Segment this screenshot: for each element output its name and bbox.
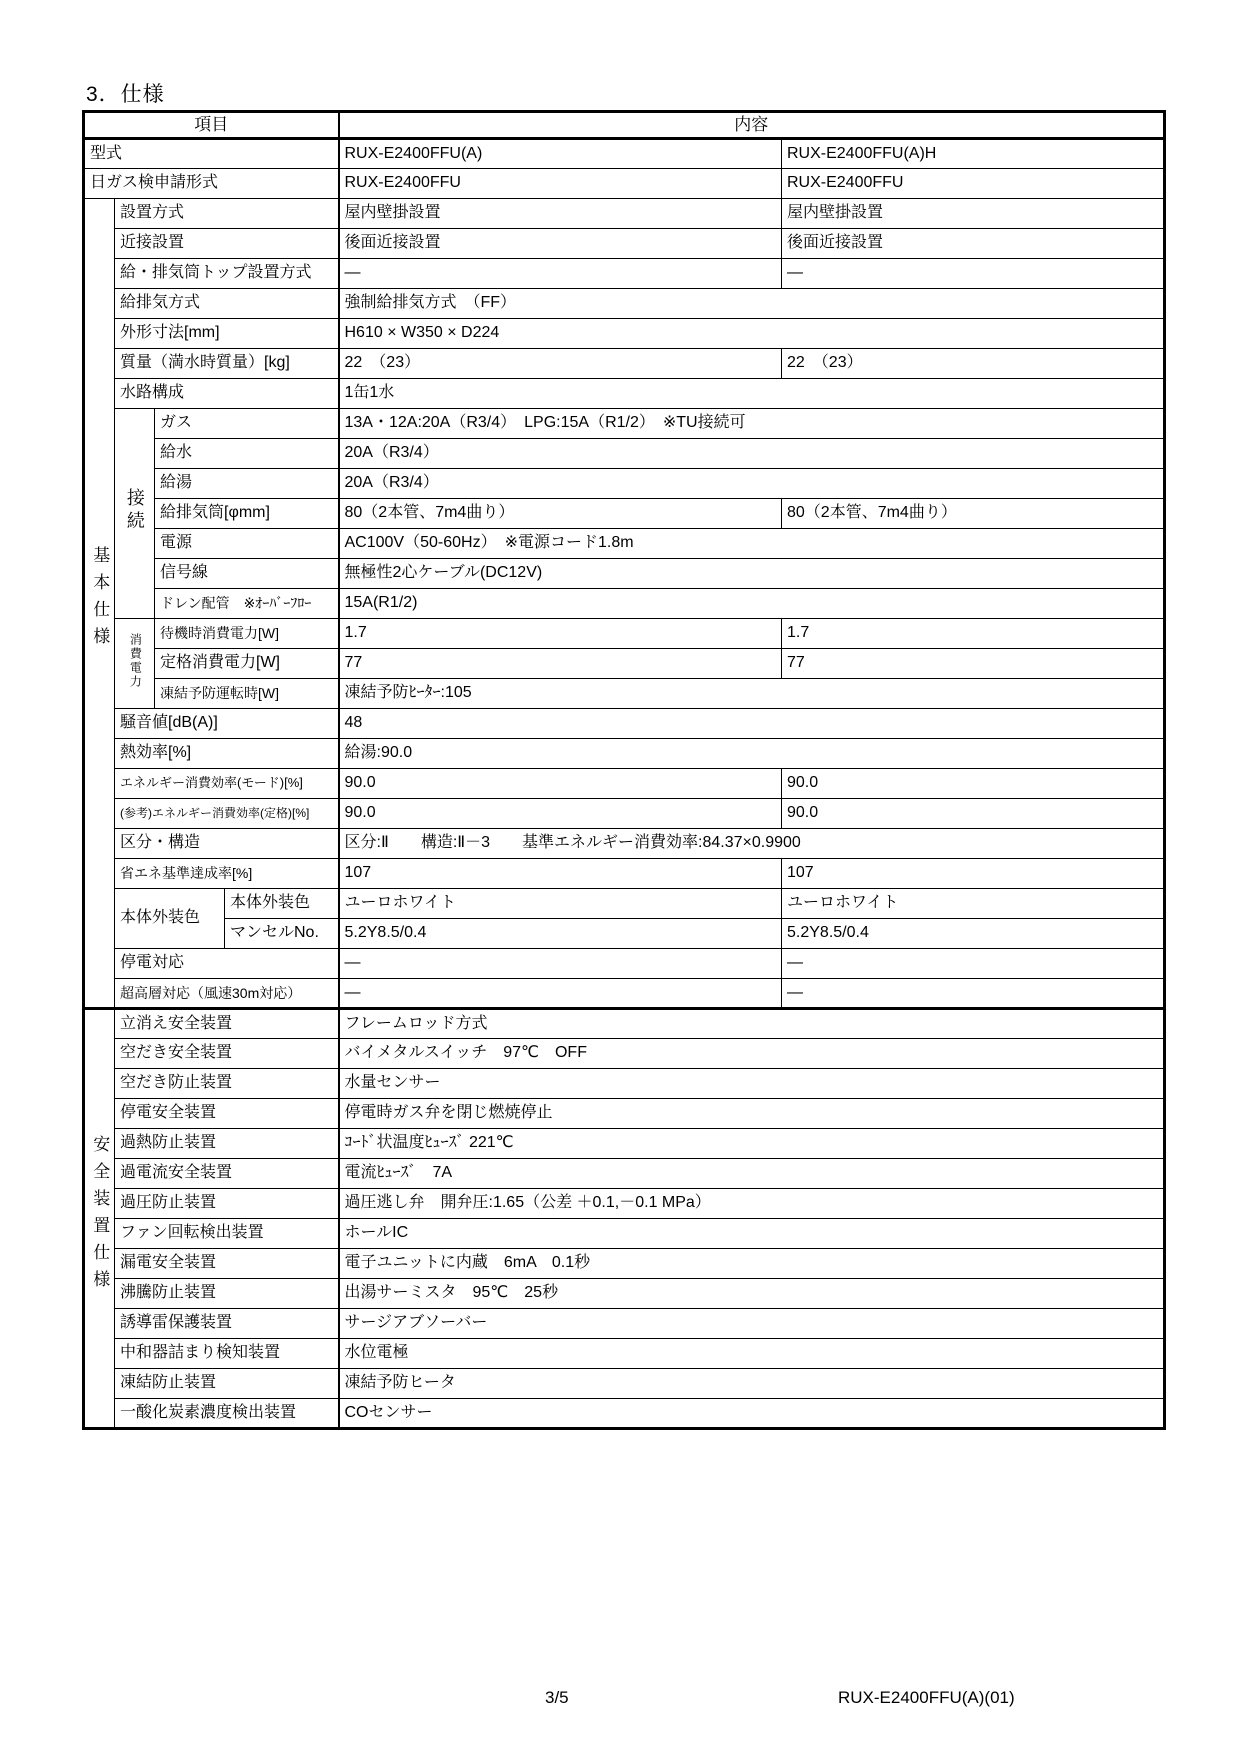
safety-section-vertical-text: 安全装置仕様	[90, 1135, 110, 1297]
class-structure-label: 区分・構造	[115, 829, 339, 859]
fan-rotation-value: ホールIC	[339, 1219, 1165, 1249]
model-value-2: RUX-E2400FFU(A)H	[782, 139, 1165, 169]
body-color-value-1: ユーロホワイト	[339, 889, 782, 919]
munsell-value-1: 5.2Y8.5/0.4	[339, 919, 782, 949]
gas-cert-value-1: RUX-E2400FFU	[339, 169, 782, 199]
row-flue-pipe: 給排気筒[φmm] 80（2本管、7m4曲り） 80（2本管、7m4曲り）	[84, 499, 1165, 529]
row-standby-power: 消費電力 待機時消費電力[W] 1.7 1.7	[84, 619, 1165, 649]
row-gas: 接続 ガス 13A・12A:20A（R3/4） LPG:15A（R1/2） ※T…	[84, 409, 1165, 439]
section-label-base: 基本仕様	[84, 199, 115, 1009]
flame-out-value: フレームロッド方式	[339, 1009, 1165, 1039]
water-circuit-label: 水路構成	[115, 379, 339, 409]
spec-table: 項目 内容 型式 RUX-E2400FFU(A) RUX-E2400FFU(A)…	[82, 110, 1166, 1430]
water-circuit-value: 1缶1水	[339, 379, 1165, 409]
freeze-mode-power-label: 凍結予防運転時[W]	[155, 679, 339, 709]
row-lightning-protect: 誘導雷保護装置 サージアブソーバー	[84, 1309, 1165, 1339]
row-supply-exhaust: 給排気方式 強制給排気方式 （FF）	[84, 289, 1165, 319]
row-co-detect: 一酸化炭素濃度検出装置 COセンサー	[84, 1399, 1165, 1429]
flue-top-label: 給・排気筒トップ設置方式	[115, 259, 339, 289]
co-detect-label: 一酸化炭素濃度検出装置	[115, 1399, 339, 1429]
row-freeze-mode-power: 凍結予防運転時[W] 凍結予防ﾋｰﾀｰ:105	[84, 679, 1165, 709]
noise-value: 48	[339, 709, 1165, 739]
energy-eff-rated-label: (参考)エネルギー消費効率(定格)[%]	[115, 799, 339, 829]
group-label-connection: 接続	[115, 409, 155, 619]
row-flue-top: 給・排気筒トップ設置方式 — —	[84, 259, 1165, 289]
body-color-group-label: 本体外装色	[115, 889, 225, 949]
overcurrent-safety-label: 過電流安全装置	[115, 1159, 339, 1189]
dry-burn-safety-label: 空だき安全装置	[115, 1039, 339, 1069]
overheat-prevent-label: 過熱防止装置	[115, 1129, 339, 1159]
outage-safety-value: 停電時ガス弁を閉じ燃焼停止	[339, 1099, 1165, 1129]
munsell-label: マンセルNo.	[225, 919, 339, 949]
freeze-mode-power-value: 凍結予防ﾋｰﾀｰ:105	[339, 679, 1165, 709]
row-water-circuit: 水路構成 1缶1水	[84, 379, 1165, 409]
water-supply-label: 給水	[155, 439, 339, 469]
flue-pipe-label: 給排気筒[φmm]	[155, 499, 339, 529]
dimensions-value: H610 × W350 × D224	[339, 319, 1165, 349]
overcurrent-safety-value: 電流ﾋｭｰｽﾞ 7A	[339, 1159, 1165, 1189]
row-neutralizer-clog: 中和器詰まり検知装置 水位電極	[84, 1339, 1165, 1369]
row-flame-out: 安全装置仕様 立消え安全装置 フレームロッド方式	[84, 1009, 1165, 1039]
install-label: 設置方式	[115, 199, 339, 229]
energy-eff-mode-value-2: 90.0	[782, 769, 1165, 799]
energy-eff-rated-value-2: 90.0	[782, 799, 1165, 829]
row-leakage-safety: 漏電安全装置 電子ユニットに内蔵 6mA 0.1秒	[84, 1249, 1165, 1279]
row-body-color: 本体外装色 本体外装色 ユーロホワイト ユーロホワイト	[84, 889, 1165, 919]
lightning-protect-value: サージアブソーバー	[339, 1309, 1165, 1339]
neutralizer-clog-label: 中和器詰まり検知装置	[115, 1339, 339, 1369]
footer-doc-code: RUX-E2400FFU(A)(01)	[838, 1688, 1015, 1708]
flame-out-label: 立消え安全装置	[115, 1009, 339, 1039]
row-signal-line: 信号線 無極性2心ケーブル(DC12V)	[84, 559, 1165, 589]
install-value-2: 屋内壁掛設置	[782, 199, 1165, 229]
freeze-prevent-label: 凍結防止装置	[115, 1369, 339, 1399]
freeze-prevent-value: 凍結予防ヒータ	[339, 1369, 1165, 1399]
hot-water-value: 20A（R3/4）	[339, 469, 1165, 499]
row-hot-water: 給湯 20A（R3/4）	[84, 469, 1165, 499]
power-consumption-vertical-text: 消費電力	[128, 633, 142, 689]
lightning-protect-label: 誘導雷保護装置	[115, 1309, 339, 1339]
row-energy-saving-rate: 省エネ基準達成率[%] 107 107	[84, 859, 1165, 889]
proximity-value-1: 後面近接設置	[339, 229, 782, 259]
hot-water-label: 給湯	[155, 469, 339, 499]
row-thermal-eff: 熱効率[%] 給湯:90.0	[84, 739, 1165, 769]
mass-label: 質量（満水時質量）[kg]	[115, 349, 339, 379]
flue-pipe-value-1: 80（2本管、7m4曲り）	[339, 499, 782, 529]
section-label-safety: 安全装置仕様	[84, 1009, 115, 1429]
row-freeze-prevent: 凍結防止装置 凍結予防ヒータ	[84, 1369, 1165, 1399]
co-detect-value: COセンサー	[339, 1399, 1165, 1429]
model-label: 型式	[84, 139, 339, 169]
header-content: 内容	[339, 112, 1165, 139]
dry-burn-prevent-value: 水量センサー	[339, 1069, 1165, 1099]
base-section-vertical-text: 基本仕様	[90, 546, 110, 654]
drain-label: ドレン配管 ※ｵｰﾊﾞｰﾌﾛｰ	[155, 589, 339, 619]
proximity-label: 近接設置	[115, 229, 339, 259]
rated-power-label: 定格消費電力[W]	[155, 649, 339, 679]
standby-power-label: 待機時消費電力[W]	[155, 619, 339, 649]
row-munsell: マンセルNo. 5.2Y8.5/0.4 5.2Y8.5/0.4	[84, 919, 1165, 949]
leakage-safety-label: 漏電安全装置	[115, 1249, 339, 1279]
signal-line-value: 無極性2心ケーブル(DC12V)	[339, 559, 1165, 589]
energy-eff-mode-label: エネルギー消費効率(モード)[%]	[115, 769, 339, 799]
overpressure-label: 過圧防止装置	[115, 1189, 339, 1219]
dry-burn-prevent-label: 空だき防止装置	[115, 1069, 339, 1099]
fan-rotation-label: ファン回転検出装置	[115, 1219, 339, 1249]
gas-cert-value-2: RUX-E2400FFU	[782, 169, 1165, 199]
row-energy-eff-mode: エネルギー消費効率(モード)[%] 90.0 90.0	[84, 769, 1165, 799]
blackout-value-1: —	[339, 949, 782, 979]
thermal-eff-label: 熱効率[%]	[115, 739, 339, 769]
row-overcurrent-safety: 過電流安全装置 電流ﾋｭｰｽﾞ 7A	[84, 1159, 1165, 1189]
blackout-value-2: —	[782, 949, 1165, 979]
header-item: 項目	[84, 112, 339, 139]
boil-prevent-value: 出湯サーミスタ 95℃ 25秒	[339, 1279, 1165, 1309]
thermal-eff-value: 給湯:90.0	[339, 739, 1165, 769]
row-highrise: 超高層対応（風速30m対応） — —	[84, 979, 1165, 1009]
row-dry-burn-prevent: 空だき防止装置 水量センサー	[84, 1069, 1165, 1099]
power-supply-value: AC100V（50-60Hz） ※電源コード1.8m	[339, 529, 1165, 559]
mass-value-1: 22 （23）	[339, 349, 782, 379]
row-noise: 騒音値[dB(A)] 48	[84, 709, 1165, 739]
highrise-value-1: —	[339, 979, 782, 1009]
row-mass: 質量（満水時質量）[kg] 22 （23） 22 （23）	[84, 349, 1165, 379]
energy-saving-rate-value-2: 107	[782, 859, 1165, 889]
group-label-power-consumption: 消費電力	[115, 619, 155, 709]
row-gas-cert: 日ガス検申請形式 RUX-E2400FFU RUX-E2400FFU	[84, 169, 1165, 199]
row-blackout: 停電対応 — —	[84, 949, 1165, 979]
energy-saving-rate-label: 省エネ基準達成率[%]	[115, 859, 339, 889]
dry-burn-safety-value: バイメタルスイッチ 97℃ OFF	[339, 1039, 1165, 1069]
noise-label: 騒音値[dB(A)]	[115, 709, 339, 739]
spec-sheet-page: 3．仕様 項目 内容 型式 RUX-E2400FFU(A) RUX-E2400F…	[0, 0, 1240, 1754]
row-power-supply: 電源 AC100V（50-60Hz） ※電源コード1.8m	[84, 529, 1165, 559]
dimensions-label: 外形寸法[mm]	[115, 319, 339, 349]
blackout-label: 停電対応	[115, 949, 339, 979]
model-value-1: RUX-E2400FFU(A)	[339, 139, 782, 169]
row-dimensions: 外形寸法[mm] H610 × W350 × D224	[84, 319, 1165, 349]
power-supply-label: 電源	[155, 529, 339, 559]
row-rated-power: 定格消費電力[W] 77 77	[84, 649, 1165, 679]
class-structure-value: 区分:Ⅱ 構造:Ⅱ－3 基準エネルギー消費効率:84.37×0.9900	[339, 829, 1165, 859]
install-value-1: 屋内壁掛設置	[339, 199, 782, 229]
supply-exhaust-value: 強制給排気方式 （FF）	[339, 289, 1165, 319]
row-fan-rotation: ファン回転検出装置 ホールIC	[84, 1219, 1165, 1249]
row-outage-safety: 停電安全装置 停電時ガス弁を閉じ燃焼停止	[84, 1099, 1165, 1129]
gas-value: 13A・12A:20A（R3/4） LPG:15A（R1/2） ※TU接続可	[339, 409, 1165, 439]
page-title: 3．仕様	[86, 78, 165, 108]
flue-top-value-1: —	[339, 259, 782, 289]
rated-power-value-1: 77	[339, 649, 782, 679]
flue-pipe-value-2: 80（2本管、7m4曲り）	[782, 499, 1165, 529]
row-class-structure: 区分・構造 区分:Ⅱ 構造:Ⅱ－3 基準エネルギー消費効率:84.37×0.99…	[84, 829, 1165, 859]
row-drain: ドレン配管 ※ｵｰﾊﾞｰﾌﾛｰ 15A(R1/2)	[84, 589, 1165, 619]
row-water-supply: 給水 20A（R3/4）	[84, 439, 1165, 469]
row-install: 基本仕様 設置方式 屋内壁掛設置 屋内壁掛設置	[84, 199, 1165, 229]
footer-page-number: 3/5	[545, 1688, 569, 1708]
energy-eff-mode-value-1: 90.0	[339, 769, 782, 799]
row-boil-prevent: 沸騰防止装置 出湯サーミスタ 95℃ 25秒	[84, 1279, 1165, 1309]
water-supply-value: 20A（R3/4）	[339, 439, 1165, 469]
standby-power-value-2: 1.7	[782, 619, 1165, 649]
row-energy-eff-rated: (参考)エネルギー消費効率(定格)[%] 90.0 90.0	[84, 799, 1165, 829]
supply-exhaust-label: 給排気方式	[115, 289, 339, 319]
row-overheat-prevent: 過熱防止装置 ｺｰﾄﾞ状温度ﾋｭｰｽﾞ 221℃	[84, 1129, 1165, 1159]
standby-power-value-1: 1.7	[339, 619, 782, 649]
signal-line-label: 信号線	[155, 559, 339, 589]
energy-saving-rate-value-1: 107	[339, 859, 782, 889]
leakage-safety-value: 電子ユニットに内蔵 6mA 0.1秒	[339, 1249, 1165, 1279]
gas-label: ガス	[155, 409, 339, 439]
body-color-value-2: ユーロホワイト	[782, 889, 1165, 919]
neutralizer-clog-value: 水位電極	[339, 1339, 1165, 1369]
energy-eff-rated-value-1: 90.0	[339, 799, 782, 829]
munsell-value-2: 5.2Y8.5/0.4	[782, 919, 1165, 949]
boil-prevent-label: 沸騰防止装置	[115, 1279, 339, 1309]
proximity-value-2: 後面近接設置	[782, 229, 1165, 259]
table-header-row: 項目 内容	[84, 112, 1165, 139]
overheat-prevent-value: ｺｰﾄﾞ状温度ﾋｭｰｽﾞ 221℃	[339, 1129, 1165, 1159]
row-model: 型式 RUX-E2400FFU(A) RUX-E2400FFU(A)H	[84, 139, 1165, 169]
outage-safety-label: 停電安全装置	[115, 1099, 339, 1129]
row-overpressure: 過圧防止装置 過圧逃し弁 開弁圧:1.65（公差 ＋0.1,－0.1 MPa）	[84, 1189, 1165, 1219]
rated-power-value-2: 77	[782, 649, 1165, 679]
drain-value: 15A(R1/2)	[339, 589, 1165, 619]
row-dry-burn-safety: 空だき安全装置 バイメタルスイッチ 97℃ OFF	[84, 1039, 1165, 1069]
highrise-label: 超高層対応（風速30m対応）	[115, 979, 339, 1009]
highrise-value-2: —	[782, 979, 1165, 1009]
mass-value-2: 22 （23）	[782, 349, 1165, 379]
gas-cert-label: 日ガス検申請形式	[84, 169, 339, 199]
overpressure-value: 過圧逃し弁 開弁圧:1.65（公差 ＋0.1,－0.1 MPa）	[339, 1189, 1165, 1219]
flue-top-value-2: —	[782, 259, 1165, 289]
row-proximity: 近接設置 後面近接設置 後面近接設置	[84, 229, 1165, 259]
body-color-label: 本体外装色	[225, 889, 339, 919]
connection-vertical-text: 接続	[124, 488, 145, 534]
